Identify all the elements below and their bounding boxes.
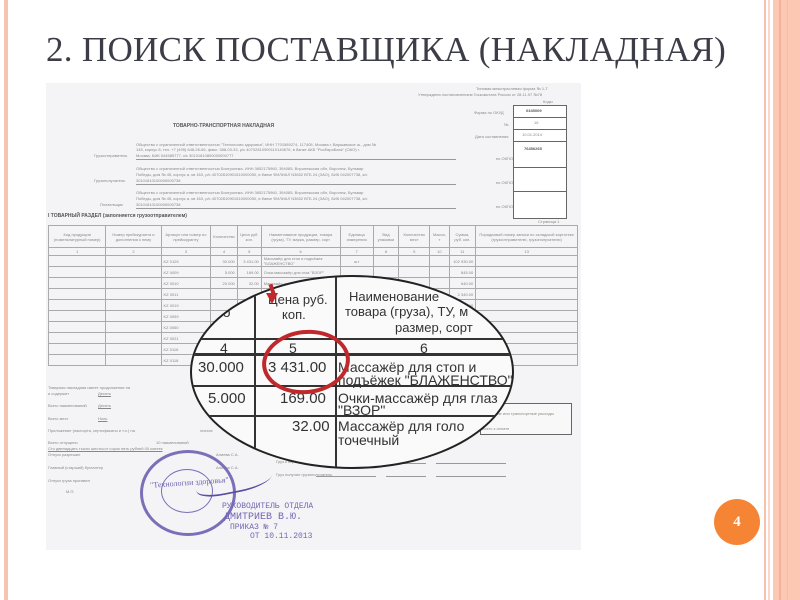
magnified-price: 32.00 [292, 418, 330, 435]
column-header: Количество мест [399, 226, 430, 248]
magnified-name-header: Наименование [349, 289, 439, 304]
table-cell [49, 278, 106, 289]
column-header: Количество [211, 226, 237, 248]
table-cell [49, 300, 106, 311]
column-number-row: 1 2 3 4 5 6 7 8 9 10 11 13 [49, 248, 578, 256]
column-header: Наименование продукции, товара (груза), … [261, 226, 340, 248]
consignee-text: Общество с ограниченной ответственностью… [136, 166, 363, 171]
consignee-label: Грузополучатель [94, 178, 125, 183]
date-label: Дата составления [475, 134, 508, 139]
column-number: 8 [373, 248, 398, 256]
table-cell: 102 930.00 [449, 256, 476, 267]
table-cell [49, 333, 106, 344]
waybill-number: 16 [534, 120, 538, 125]
table-cell [49, 355, 106, 366]
accountant-label: Главный (старший) бухгалтер [48, 465, 103, 470]
table-cell: Массажёр для стоп и подъёжек "БЛАЖЕНСТВО… [261, 256, 340, 267]
table-cell [106, 300, 161, 311]
table-cell [106, 267, 161, 278]
form-note: Типовая межотраслевая форма № 1-Т [476, 86, 548, 91]
column-number: 4 [220, 340, 228, 356]
table-cell [430, 256, 449, 267]
released-label: Всего отпущено [48, 440, 78, 445]
section-title: I ТОВАРНЫЙ РАЗДЕЛ (заполняется грузоотпр… [48, 213, 187, 219]
payer-text: Победы, дом № 45, корпус а, кв 163, р/с … [136, 196, 367, 201]
table-cell [49, 311, 106, 322]
stamp-place-label: М.П. [66, 489, 74, 494]
magnified-name-header: размер, сорт [395, 320, 473, 335]
table-cell: 5.000 [211, 267, 237, 278]
column-number: 7 [340, 248, 373, 256]
document-title: ТОВАРНО-ТРАНСПОРТНАЯ НАКЛАДНАЯ [173, 123, 274, 129]
payer-label: Плательщик [100, 202, 123, 207]
shipper-label: Грузоотправитель [94, 153, 127, 158]
attachment-label: Приложение (паспорта, сертификаты и т.п.… [48, 428, 135, 433]
magnified-qty: 30.000 [198, 359, 244, 376]
okpo-label: по ОКПО [496, 180, 513, 185]
column-number: 10 [430, 248, 449, 256]
arrow-down-icon [266, 293, 278, 304]
magnified-qty-header: ство [202, 304, 230, 320]
table-cell: KZ 0009 [161, 267, 211, 278]
column-number: 1 [49, 248, 106, 256]
released-value: 10 наименований [156, 440, 189, 445]
table-cell: 30.000 [211, 256, 237, 267]
magnified-product-name: "ВЗОР" [338, 402, 385, 418]
table-cell [476, 267, 578, 278]
payer-text: Общество с ограниченной ответственностью… [136, 190, 363, 195]
okud-label: Форма по ОКУД [474, 110, 504, 115]
column-header: Единица измерения [340, 226, 373, 248]
consignee-text: 30101810100000000738 [136, 178, 181, 183]
column-header: Сумма, руб. коп. [449, 226, 476, 248]
codes-box [513, 105, 567, 219]
contains-label: и содержит [48, 391, 69, 396]
slide-frame-right-line [764, 0, 766, 600]
table-cell: 169.00 [237, 267, 261, 278]
page-number-badge: 4 [714, 499, 760, 545]
slide-frame-right-line [787, 0, 788, 600]
slide-frame-right-line [768, 0, 770, 600]
places-value: Ноль [98, 416, 107, 421]
codes-label: Коды [543, 99, 553, 104]
table-cell: 845.00 [449, 267, 476, 278]
column-number: 3 [161, 248, 211, 256]
okpo-label: по ОКПО [496, 156, 513, 161]
table-row: KZ 012530.0003 431.00Массажёр для стоп и… [49, 256, 578, 267]
payer-text: 30101810100000000738 [136, 202, 181, 207]
magnified-qty: 5.000 [208, 390, 246, 407]
table-cell [399, 267, 430, 278]
names-value: Десять [98, 403, 111, 408]
okpo-code: 76456265 [524, 146, 542, 151]
magnified-price-header: коп. [282, 307, 306, 322]
column-header: Вид упаковки [373, 226, 398, 248]
magnified-name-header: товара (груза), ТУ, м [345, 304, 468, 319]
slide-frame-left [4, 0, 8, 600]
rect-stamp-line: ОТ 10.11.2013 [250, 532, 312, 541]
table-cell: шт [340, 256, 373, 267]
slide-frame-right-line [779, 0, 781, 600]
okud-code: 0345009 [526, 108, 542, 113]
table-cell [106, 333, 161, 344]
table-cell [49, 267, 106, 278]
continuation-label: Товарная накладная имеет продолжение на [48, 385, 130, 390]
shipper-text: Москва, БИК 044585777, к/с 3010181080000… [136, 153, 234, 158]
column-header: Порядковый номер записи по складской кар… [476, 226, 578, 248]
magnifier-lens: ство Цена руб. коп. Наименование товара … [190, 275, 514, 469]
column-header: Масса, т [430, 226, 449, 248]
table-cell [106, 322, 161, 333]
table-row: KZ 00095.000169.00Очки-массажёр для глаз… [49, 267, 578, 278]
table-cell [49, 289, 106, 300]
form-approval-note: Утверждена постановлением Госкомстата Ро… [418, 92, 542, 97]
table-cell [476, 256, 578, 267]
table-cell [49, 344, 106, 355]
rect-stamp-line: ДМИТРИЕВ В.Ю. [224, 512, 302, 523]
places-label: Всего мест [48, 416, 68, 421]
released-sum: Сто двенадцать тысяч шестьсот сорок пять… [48, 446, 163, 451]
table-cell: KZ 0125 [161, 256, 211, 267]
column-number: 2 [106, 248, 161, 256]
consignee-text: Победы, дом № 45, корпус а, кв 163, р/с … [136, 172, 367, 177]
number-label: № [504, 122, 508, 127]
cargo-release-label: Отпуск груза произвел [48, 478, 90, 483]
table-cell [430, 267, 449, 278]
waybill-date: 10.01.2014 [522, 132, 542, 137]
table-cell [106, 289, 161, 300]
column-header: Артикул или номер по прейскуранту [161, 226, 211, 248]
column-header: Цена руб. коп. [237, 226, 261, 248]
column-number: 4 [211, 248, 237, 256]
rect-stamp-line: РУКОВОДИТЕЛЬ ОТДЕЛА [222, 502, 313, 511]
table-cell [49, 256, 106, 267]
table-cell: 3 431.00 [237, 256, 261, 267]
table-header-row: Код продукции (номенклатурный номер) Ном… [49, 226, 578, 248]
table-cell [106, 256, 161, 267]
shipper-text: 145, корпус 8, тел. +7 (495) 648-26-66, … [136, 147, 360, 152]
table-cell [399, 256, 430, 267]
page-label: Страница 1 [538, 219, 559, 224]
table-cell [106, 355, 161, 366]
column-header: Код продукции (номенклатурный номер) [49, 226, 106, 248]
column-number: 9 [399, 248, 430, 256]
okpo-label: по ОКПО [496, 204, 513, 209]
column-number: 6 [261, 248, 340, 256]
rect-stamp-line: ПРИКАЗ № 7 [230, 523, 278, 532]
column-number: 13 [476, 248, 578, 256]
table-cell [49, 322, 106, 333]
permitted-label: Отпуск разрешил [48, 452, 80, 457]
table-cell [106, 311, 161, 322]
column-number: 5 [237, 248, 261, 256]
magnified-product-name: точечный [338, 432, 399, 448]
table-cell [106, 344, 161, 355]
table-cell [373, 256, 398, 267]
table-cell [106, 278, 161, 289]
contains-value: Десять [98, 391, 111, 396]
column-number: 6 [420, 340, 428, 356]
slide-title: 2. ПОИСК ПОСТАВЩИКА (НАКЛАДНАЯ) [46, 30, 726, 70]
names-label: Всего наименований [48, 403, 87, 408]
column-number: 11 [449, 248, 476, 256]
column-header: Номер прейскуранта и дополнения к нему [106, 226, 161, 248]
magnified-product-name: подъёжек "БЛАЖЕНСТВО" [338, 372, 513, 388]
